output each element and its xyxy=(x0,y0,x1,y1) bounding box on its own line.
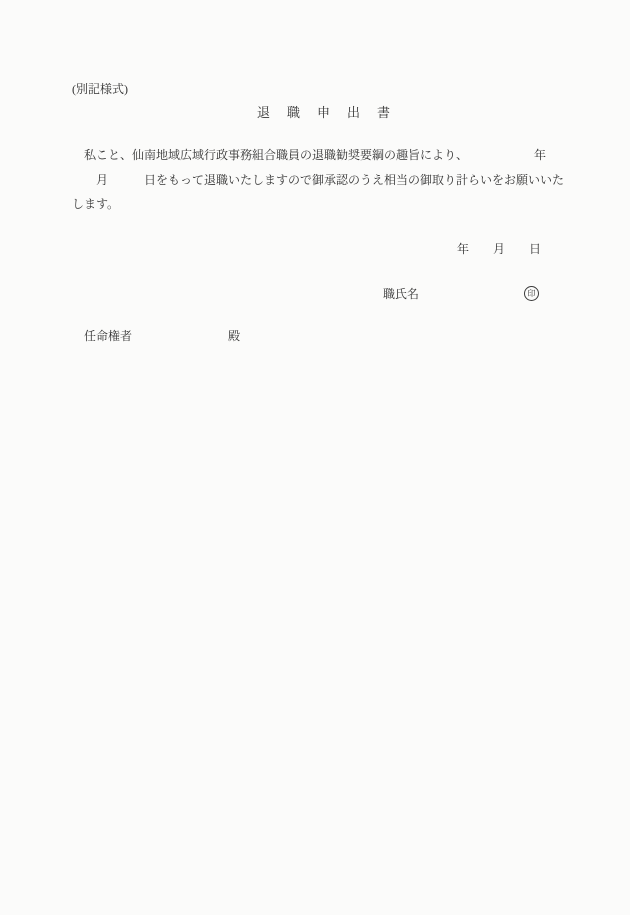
body-paragraph-line-1: 私こと、仙南地域広域行政事務組合職員の退職勧奨要綱の趣旨により、 年 xyxy=(72,149,546,163)
date-fill-in-line: 年 月 日 xyxy=(457,243,541,257)
signature-name-label: 職氏名 xyxy=(383,288,419,302)
document-title: 退 職 申 出 書 xyxy=(257,106,392,121)
addressee-label: 任命権者 xyxy=(84,330,132,344)
seal-mark-icon: 印 xyxy=(524,286,539,301)
document-page: (別記様式) 退 職 申 出 書 私こと、仙南地域広域行政事務組合職員の退職勧奨… xyxy=(0,0,630,915)
addressee-honorific: 殿 xyxy=(228,330,240,344)
form-note: (別記様式) xyxy=(72,83,128,97)
body-paragraph-line-2: 月 日をもって退職いたしますので御承認のうえ相当の御取り計らいをお願いいた xyxy=(72,174,564,188)
body-paragraph-line-3: します。 xyxy=(72,198,119,212)
